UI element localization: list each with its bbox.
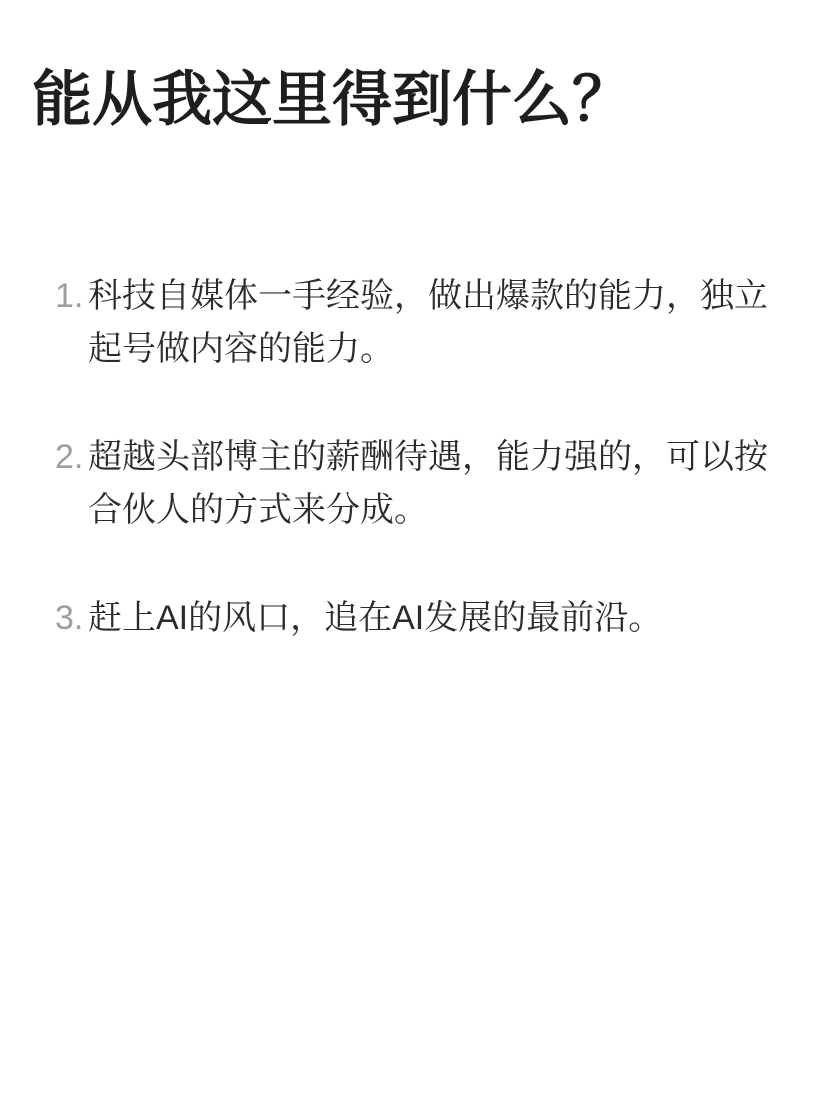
list-item-number: 1. xyxy=(55,270,88,323)
list-item: 1. 科技自媒体一手经验，做出爆款的能力，独立起号做内容的能力。 xyxy=(55,270,795,376)
list-item-text: 科技自媒体一手经验，做出爆款的能力，独立起号做内容的能力。 xyxy=(88,270,780,376)
content-card: 能从我这里得到什么？ 1. 科技自媒体一手经验，做出爆款的能力，独立起号做内容的… xyxy=(0,0,821,1094)
list-item: 2. 超越头部博主的薪酬待遇，能力强的，可以按合伙人的方式来分成。 xyxy=(55,431,795,537)
list-item-number: 2. xyxy=(55,431,88,484)
benefits-list: 1. 科技自媒体一手经验，做出爆款的能力，独立起号做内容的能力。 2. 超越头部… xyxy=(55,270,795,700)
list-item-number: 3. xyxy=(55,592,88,645)
list-item: 3. 赶上AI的风口，追在AI发展的最前沿。 xyxy=(55,592,795,645)
list-item-text: 超越头部博主的薪酬待遇，能力强的，可以按合伙人的方式来分成。 xyxy=(88,431,780,537)
list-item-text: 赶上AI的风口，追在AI发展的最前沿。 xyxy=(88,592,662,645)
page-title: 能从我这里得到什么？ xyxy=(32,68,632,132)
